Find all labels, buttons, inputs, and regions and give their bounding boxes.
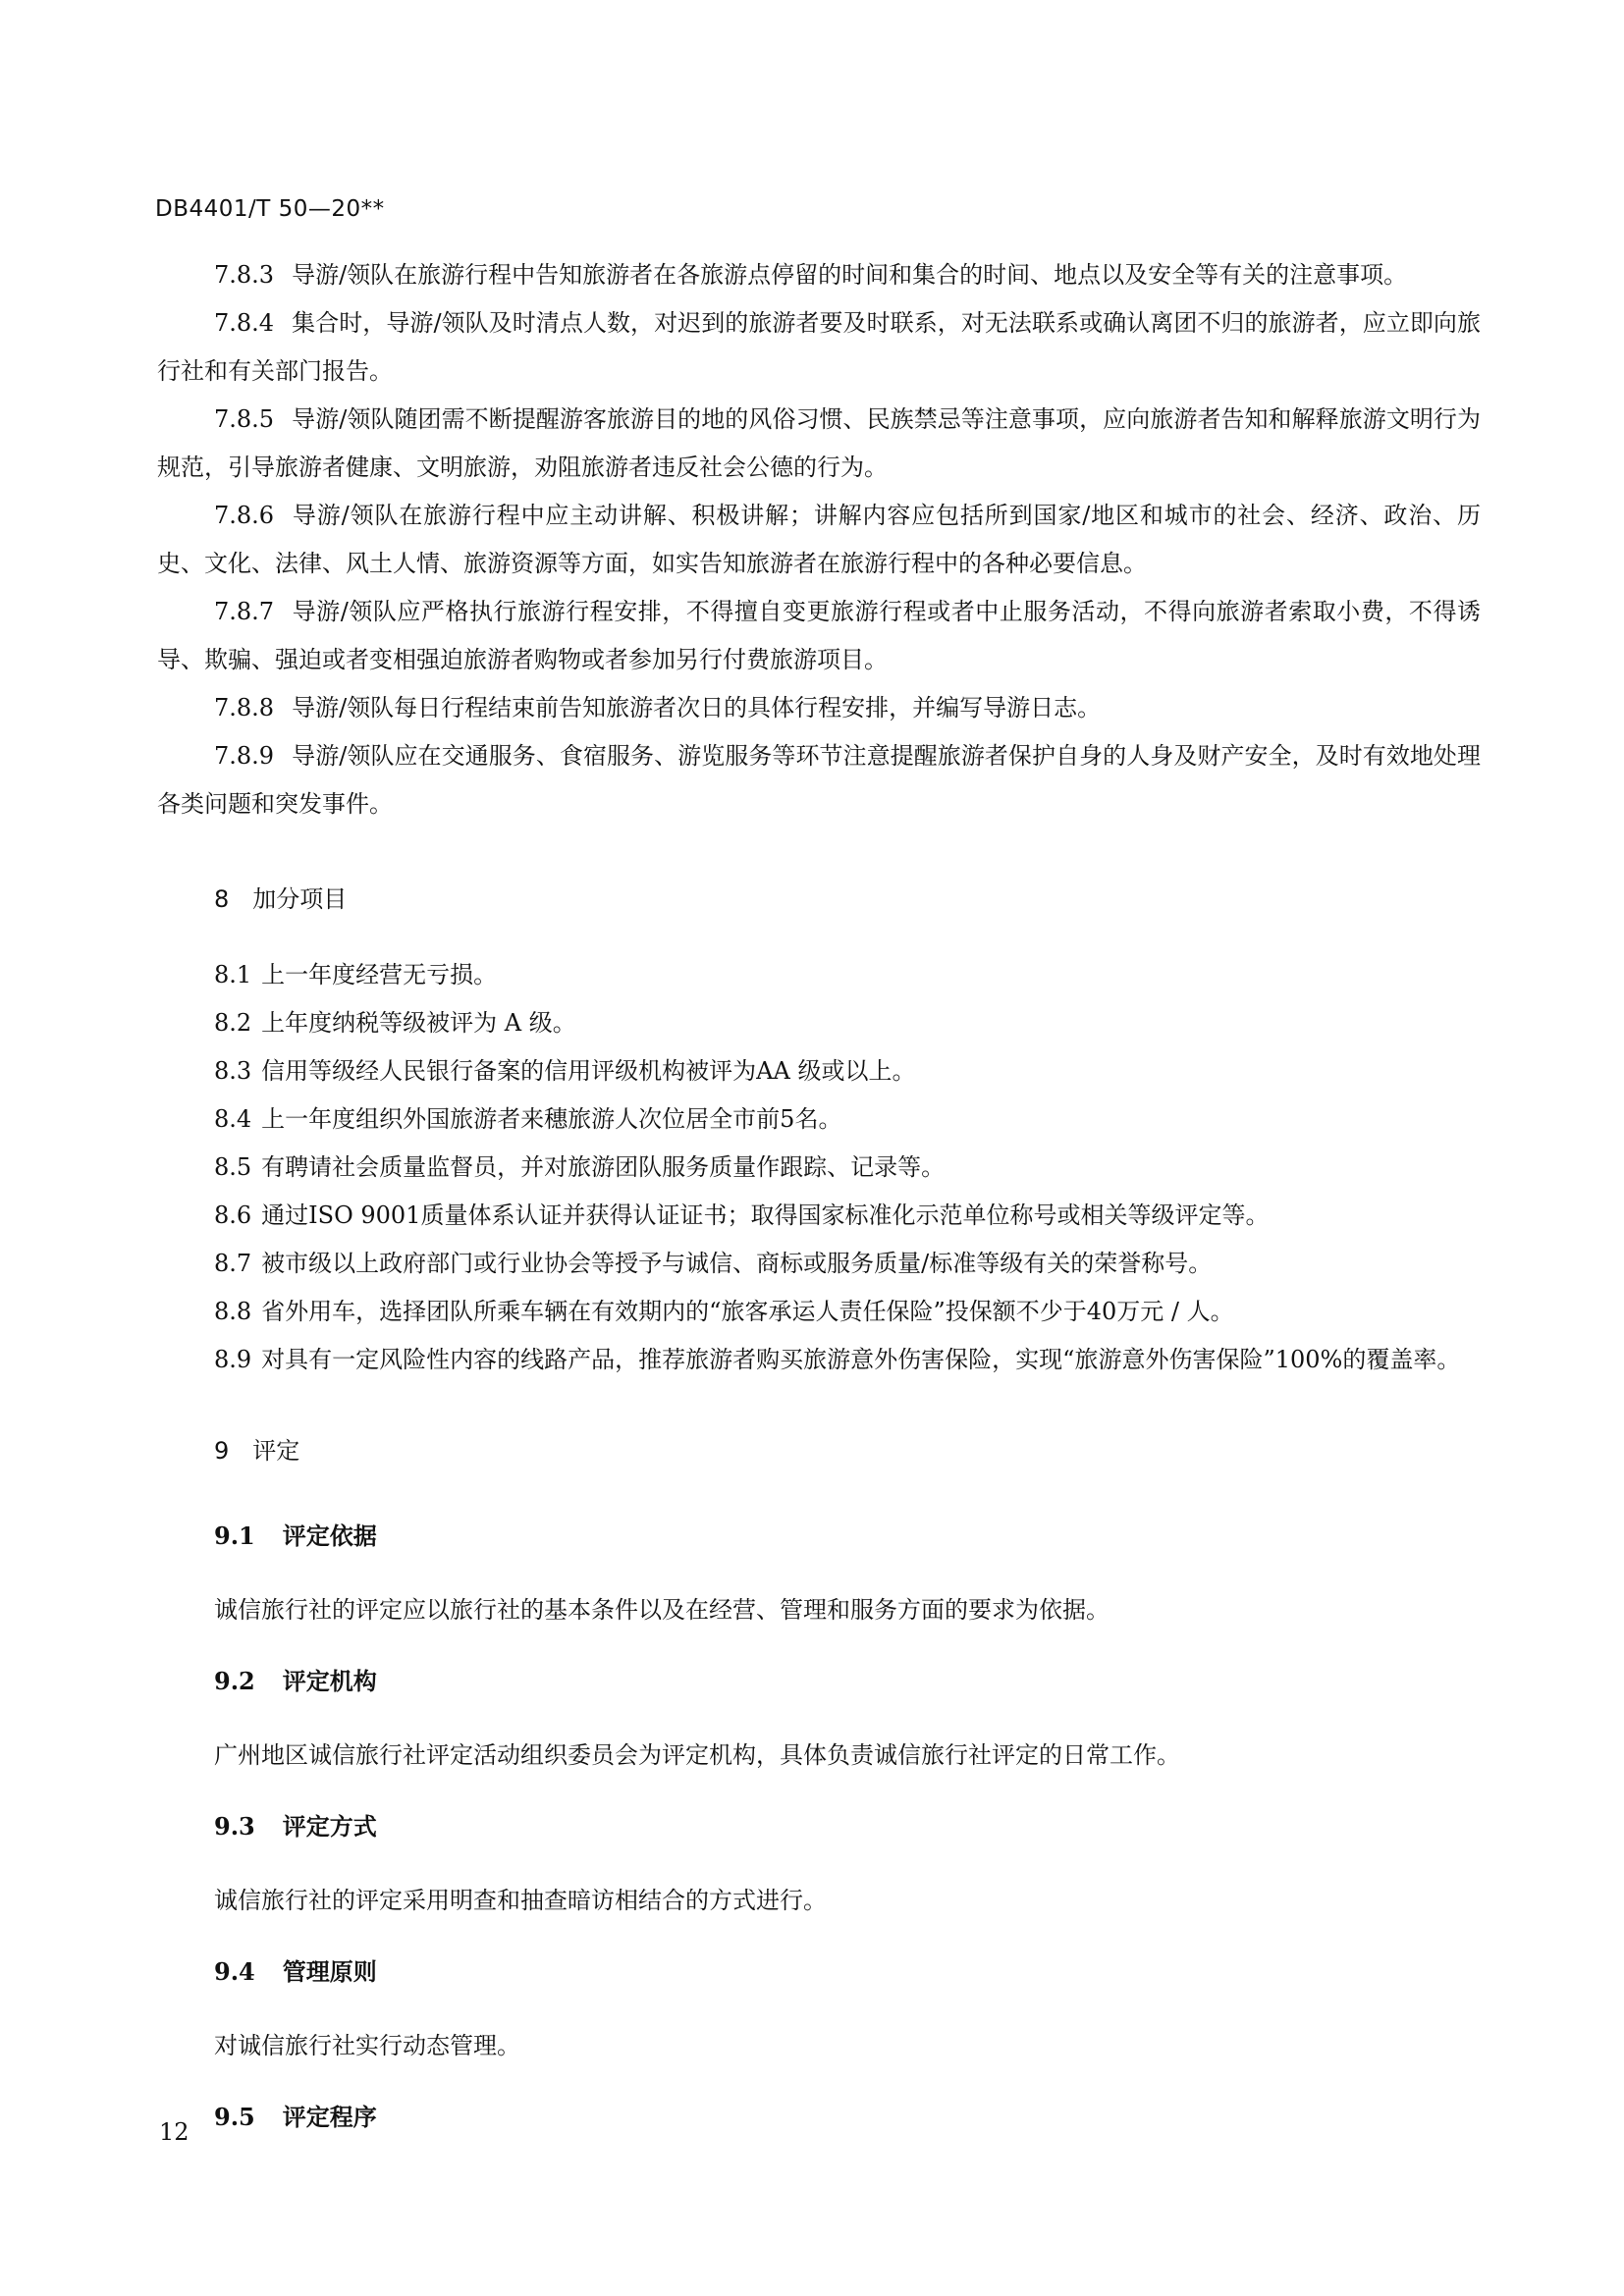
section-title: 评定机构	[283, 1668, 377, 1695]
clause-7-8-6: 7.8.6导游/领队在旅游行程中应主动讲解、积极讲解；讲解内容应包括所到国家/地…	[157, 492, 1481, 588]
section-title: 评定方式	[283, 1813, 377, 1841]
clause-7-8-7: 7.8.7导游/领队应严格执行旅游行程安排，不得擅自变更旅游行程或者中止服务活动…	[157, 588, 1481, 684]
section-9-3-text: 诚信旅行社的评定采用明查和抽查暗访相结合的方式进行。	[157, 1877, 1481, 1925]
section-9-1-heading: 9.1评定依据	[157, 1517, 1481, 1551]
section-number: 9.5	[214, 2103, 255, 2131]
section-9-1-text: 诚信旅行社的评定应以旅行社的基本条件以及在经营、管理和服务方面的要求为依据。	[157, 1586, 1481, 1634]
clause-text: 导游/领队每日行程结束前告知旅游者次日的具体行程安排，并编写导游日志。	[292, 694, 1101, 721]
clause-number: 7.8.3	[214, 261, 274, 289]
item-text: 信用等级经人民银行备案的信用评级机构被评为AA 级或以上。	[261, 1057, 915, 1085]
chapter-title: 评定	[252, 1437, 299, 1465]
chapter-9-heading: 9评定	[157, 1431, 1481, 1466]
clause-7-8-3: 7.8.3导游/领队在旅游行程中告知旅游者在各旅游点停留的时间和集合的时间、地点…	[157, 251, 1481, 299]
section-9-2-heading: 9.2评定机构	[157, 1662, 1481, 1696]
item-text: 被市级以上政府部门或行业协会等授予与诚信、商标或服务质量/标准等级有关的荣誉称号…	[261, 1250, 1212, 1277]
item-text: 有聘请社会质量监督员，并对旅游团队服务质量作跟踪、记录等。	[261, 1153, 945, 1181]
item-number: 8.7	[214, 1250, 251, 1277]
clause-text: 导游/领队在旅游行程中告知旅游者在各旅游点停留的时间和集合的时间、地点以及安全等…	[292, 261, 1407, 289]
item-number: 8.2	[214, 1009, 251, 1037]
item-text: 上一年度经营无亏损。	[261, 961, 497, 988]
page-number: 12	[159, 2118, 189, 2146]
chapter-8-heading: 8加分项目	[157, 880, 1481, 914]
clause-number: 7.8.4	[214, 309, 274, 337]
section-title: 管理原则	[283, 1958, 377, 1986]
item-number: 8.3	[214, 1057, 251, 1085]
section-9-4-heading: 9.4管理原则	[157, 1952, 1481, 1987]
section-number: 9.1	[214, 1522, 255, 1550]
bonus-item-8-8: 8.8省外用车，选择团队所乘车辆在有效期内的“旅客承运人责任保险”投保额不少于4…	[157, 1288, 1481, 1336]
section-9-4-text: 对诚信旅行社实行动态管理。	[157, 2022, 1481, 2070]
item-number: 8.9	[214, 1346, 251, 1373]
bonus-item-8-1: 8.1上一年度经营无亏损。	[157, 951, 1481, 999]
section-title: 评定程序	[283, 2104, 377, 2131]
clause-text: 集合时，导游/领队及时清点人数，对迟到的旅游者要及时联系，对无法联系或确认离团不…	[157, 309, 1481, 385]
item-text: 通过ISO 9001质量体系认证并获得认证证书；取得国家标准化示范单位称号或相关…	[261, 1201, 1269, 1229]
item-text: 省外用车，选择团队所乘车辆在有效期内的“旅客承运人责任保险”投保额不少于40万元…	[261, 1298, 1233, 1325]
item-text: 上一年度组织外国旅游者来穗旅游人次位居全市前5名。	[261, 1105, 841, 1133]
document-body: 7.8.3导游/领队在旅游行程中告知旅游者在各旅游点停留的时间和集合的时间、地点…	[157, 251, 1481, 2132]
item-text: 对具有一定风险性内容的线路产品，推荐旅游者购买旅游意外伤害保险，实现“旅游意外伤…	[261, 1346, 1460, 1373]
clause-number: 7.8.5	[214, 405, 274, 433]
clause-number: 7.8.8	[214, 694, 274, 721]
clause-number: 7.8.9	[214, 742, 274, 770]
clause-text: 导游/领队在旅游行程中应主动讲解、积极讲解；讲解内容应包括所到国家/地区和城市的…	[157, 502, 1481, 577]
section-number: 9.2	[214, 1667, 255, 1695]
clause-number: 7.8.7	[214, 598, 274, 625]
bonus-item-8-6: 8.6通过ISO 9001质量体系认证并获得认证证书；取得国家标准化示范单位称号…	[157, 1192, 1481, 1240]
section-number: 9.4	[214, 1957, 255, 1986]
clause-number: 7.8.6	[214, 502, 274, 529]
section-9-2-text: 广州地区诚信旅行社评定活动组织委员会为评定机构，具体负责诚信旅行社评定的日常工作…	[157, 1732, 1481, 1780]
item-number: 8.6	[214, 1201, 251, 1229]
chapter-number: 8	[214, 885, 229, 913]
clause-text: 导游/领队随团需不断提醒游客旅游目的地的风俗习惯、民族禁忌等注意事项，应向旅游者…	[157, 405, 1481, 481]
bonus-item-8-7: 8.7被市级以上政府部门或行业协会等授予与诚信、商标或服务质量/标准等级有关的荣…	[157, 1240, 1481, 1288]
chapter-title: 加分项目	[252, 885, 347, 913]
bonus-item-8-9: 8.9对具有一定风险性内容的线路产品，推荐旅游者购买旅游意外伤害保险，实现“旅游…	[157, 1336, 1481, 1384]
clause-7-8-9: 7.8.9导游/领队应在交通服务、食宿服务、游览服务等环节注意提醒旅游者保护自身…	[157, 732, 1481, 828]
item-text: 上年度纳税等级被评为 A 级。	[261, 1009, 576, 1037]
bonus-item-8-3: 8.3信用等级经人民银行备案的信用评级机构被评为AA 级或以上。	[157, 1047, 1481, 1095]
item-number: 8.4	[214, 1105, 251, 1133]
chapter-number: 9	[214, 1437, 229, 1465]
section-number: 9.3	[214, 1812, 255, 1841]
document-code-header: DB4401/T 50—20**	[155, 196, 385, 222]
bonus-item-8-4: 8.4上一年度组织外国旅游者来穗旅游人次位居全市前5名。	[157, 1095, 1481, 1144]
clause-7-8-8: 7.8.8导游/领队每日行程结束前告知旅游者次日的具体行程安排，并编写导游日志。	[157, 684, 1481, 732]
clause-text: 导游/领队应在交通服务、食宿服务、游览服务等环节注意提醒旅游者保护自身的人身及财…	[157, 742, 1481, 818]
bonus-item-8-2: 8.2上年度纳税等级被评为 A 级。	[157, 999, 1481, 1047]
clause-text: 导游/领队应严格执行旅游行程安排，不得擅自变更旅游行程或者中止服务活动，不得向旅…	[157, 598, 1481, 673]
bonus-item-8-5: 8.5有聘请社会质量监督员，并对旅游团队服务质量作跟踪、记录等。	[157, 1144, 1481, 1192]
item-number: 8.5	[214, 1153, 251, 1181]
clause-7-8-5: 7.8.5导游/领队随团需不断提醒游客旅游目的地的风俗习惯、民族禁忌等注意事项，…	[157, 396, 1481, 492]
section-9-5-heading: 9.5评定程序	[157, 2098, 1481, 2132]
section-title: 评定依据	[283, 1522, 377, 1550]
section-9-3-heading: 9.3评定方式	[157, 1807, 1481, 1842]
item-number: 8.8	[214, 1298, 251, 1325]
clause-7-8-4: 7.8.4集合时，导游/领队及时清点人数，对迟到的旅游者要及时联系，对无法联系或…	[157, 299, 1481, 396]
item-number: 8.1	[214, 961, 251, 988]
